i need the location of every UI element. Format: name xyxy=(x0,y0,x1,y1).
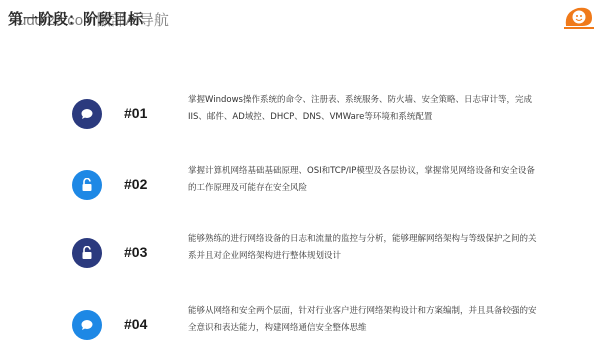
item-number: #01 xyxy=(124,105,147,121)
item-number: #03 xyxy=(124,244,147,260)
goal-item-01: #01 掌握Windows操作系统的命令、注册表、系统服务、防火墙、安全策略、日… xyxy=(72,99,552,139)
item-description: 掌握计算机网络基础基础原理、OSI和TCP/IP模型及各层协议，掌握常见网络设备… xyxy=(188,163,538,197)
page-title: 第一阶段：阶段目标 xyxy=(8,8,143,29)
goal-item-02: #02 掌握计算机网络基础基础原理、OSI和TCP/IP模型及各层协议，掌握常见… xyxy=(72,170,552,210)
unlock-icon xyxy=(72,238,102,268)
goal-item-04: #04 能够从网络和安全两个层面，针对行业客户进行网络架构设计和方案编制，并且具… xyxy=(72,310,552,350)
chat-bubble-icon xyxy=(72,99,102,129)
chat-bubble-icon xyxy=(72,310,102,340)
item-description: 能够从网络和安全两个层面，针对行业客户进行网络架构设计和方案编制，并且具备较强的… xyxy=(188,303,538,337)
item-description: 能够熟练的进行网络设备的日志和流量的监控与分析，能够理解网络架构与等级保护之间的… xyxy=(188,231,538,265)
unlock-icon xyxy=(72,170,102,200)
item-number: #02 xyxy=(124,176,147,192)
item-description: 掌握Windows操作系统的命令、注册表、系统服务、防火墙、安全策略、日志审计等… xyxy=(188,92,538,126)
goal-item-03: #03 能够熟练的进行网络设备的日志和流量的监控与分析，能够理解网络架构与等级保… xyxy=(72,238,552,278)
item-number: #04 xyxy=(124,316,147,332)
snail-logo-icon xyxy=(562,2,596,32)
